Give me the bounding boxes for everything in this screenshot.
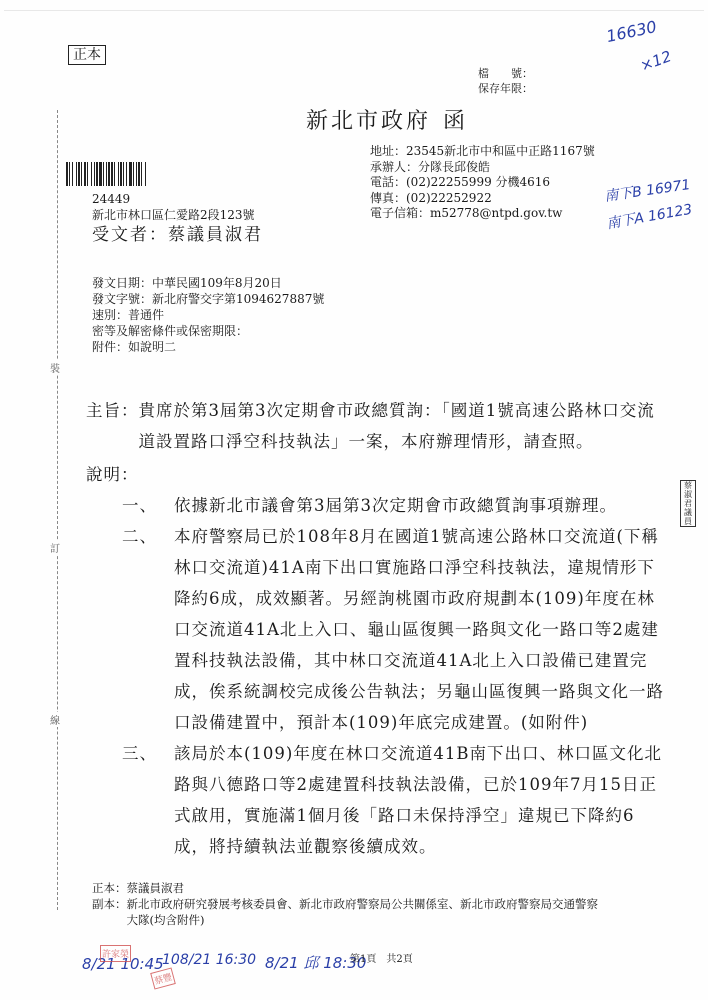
original-value: 蔡議員淑君 [127, 880, 185, 896]
item-text: 依據新北市議會第3屆第3次定期會市政總質詢事項辦理。 [174, 490, 666, 521]
sender-address: 地址：23545新北市中和區中正路1167號 [370, 144, 595, 160]
binding-mark-ding: 訂 [50, 540, 60, 555]
delivery-speed: 速別：普通件 [92, 307, 324, 323]
copy-type-box: 正本 [68, 45, 106, 65]
doc-kind: 函 [443, 109, 468, 134]
subject: 主旨： 貴席於第3屆第3次定期會市政總質詢：「國道1號高速公路林口交流道設置路口… [86, 395, 666, 457]
issuer: 新北市政府 [306, 109, 431, 134]
file-number: 檔 號： [478, 66, 533, 81]
archive-info: 檔 號： 保存年限： [478, 66, 533, 96]
item-number: 二、 [122, 521, 174, 738]
subject-text: 貴席於第3屆第3次定期會市政總質詢：「國道1號高速公路林口交流道設置路口淨空科技… [139, 395, 667, 457]
recipient-block: 24449 新北市林口區仁愛路2段123號 受文者：蔡議員淑君 [92, 191, 263, 243]
copy-value: 新北市政府研究發展考核委員會、新北市政府警察局公共關係室、新北市政府警察局交通警… [127, 896, 607, 928]
item-number: 三、 [122, 738, 174, 862]
document-body: 主旨： 貴席於第3屆第3次定期會市政總質詢：「國道1號高速公路林口交流道設置路口… [86, 395, 666, 862]
copy-label: 副本： [92, 896, 127, 928]
document-meta: 發文日期：中華民國109年8月20日 發文字號：新北府警交字第109462788… [92, 275, 324, 355]
binding-mark-zhuang: 裝 [50, 360, 60, 375]
copy-recipients: 副本： 新北市政府研究發展考核委員會、新北市政府警察局公共關係室、新北市政府警察… [92, 896, 607, 928]
barcode [66, 162, 232, 186]
sender-email: 電子信箱：m52778@ntpd.gov.tw [370, 206, 595, 222]
sender-phone: 電話：(02)22255999 分機4616 [370, 175, 595, 191]
item-number: 一、 [122, 490, 174, 521]
recipient-name: 受文者：蔡議員淑君 [92, 227, 263, 243]
barcode-bar [146, 162, 148, 186]
handwritten-date: 108/21 16:30 [162, 952, 256, 968]
postal-code: 24449 [92, 191, 263, 207]
explanation-item: 三、 該局於本(109)年度在林口交流道41B南下出口、林口區文化北路與八德路口… [122, 738, 666, 862]
issue-date: 發文日期：中華民國109年8月20日 [92, 275, 324, 291]
red-seal-1: 許家榮 [100, 945, 131, 962]
attachment: 附件：如說明二 [92, 339, 324, 355]
explanation-label: 說明： [86, 459, 666, 490]
original-label: 正本： [92, 880, 127, 896]
recipient-address: 新北市林口區仁愛路2段123號 [92, 207, 263, 223]
page-edge [4, 10, 704, 11]
item-text: 本府警察局已於108年8月在國道1號高速公路林口交流道(下稱林口交流道)41A南… [174, 521, 666, 738]
binding-line [57, 110, 59, 910]
retention-period: 保存年限： [478, 81, 533, 96]
sender-info: 地址：23545新北市中和區中正路1167號 承辦人：分隊長邱俊皓 電話：(02… [370, 144, 595, 222]
sender-contact: 承辦人：分隊長邱俊皓 [370, 160, 595, 176]
side-stamp: 蔡淑君議員 [680, 480, 696, 527]
handwritten-file-no: 16630 [605, 17, 659, 46]
sender-fax: 傳真：(02)22252922 [370, 191, 595, 207]
secrecy-level: 密等及解密條件或保密期限： [92, 323, 324, 339]
subject-label: 主旨： [86, 395, 139, 457]
item-text: 該局於本(109)年度在林口交流道41B南下出口、林口區文化北路與八德路口等2處… [174, 738, 666, 862]
document-title: 新北市政府函 [306, 104, 468, 135]
binding-mark-xian: 線 [50, 712, 60, 727]
explanation-item: 一、 依據新北市議會第3屆第3次定期會市政總質詢事項辦理。 [122, 490, 666, 521]
reference-number: 發文字號：新北府警交字第1094627887號 [92, 291, 324, 307]
handwritten-retention: ×12 [638, 47, 674, 75]
page-number: 第1頁 共2頁 [350, 950, 413, 965]
distribution-list: 正本： 蔡議員淑君 副本： 新北市政府研究發展考核委員會、新北市政府警察局公共關… [92, 880, 607, 928]
explanation-item: 二、 本府警察局已於108年8月在國道1號高速公路林口交流道(下稱林口交流道)4… [122, 521, 666, 738]
original-recipient: 正本： 蔡議員淑君 [92, 880, 607, 896]
